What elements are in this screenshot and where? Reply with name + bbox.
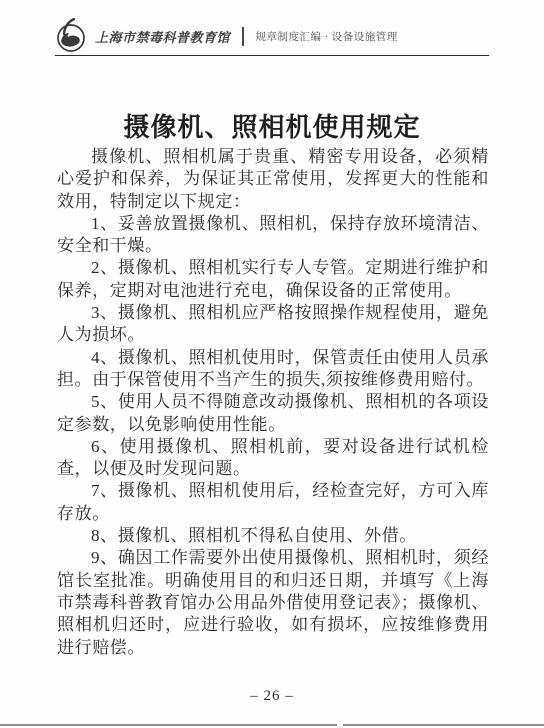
rule-item: 6、使用摄像机、照相机前，要对设备进行试机检查，以便及时发现问题。 xyxy=(57,436,489,481)
intro-paragraph: 摄像机、照相机属于贵重、精密专用设备，必须精心爱护和保养，为保证其正常使用，发挥… xyxy=(57,146,489,213)
rule-item: 8、摄像机、照相机不得私自使用、外借。 xyxy=(57,525,489,547)
document-page: 上海市禁毒科普教育馆 规章制度汇编 · 设备设施管理 摄像机、照相机使用规定 摄… xyxy=(0,0,544,728)
page-header: 上海市禁毒科普教育馆 规章制度汇编 · 设备设施管理 xyxy=(55,18,489,54)
page-title: 摄像机、照相机使用规定 xyxy=(0,107,544,144)
rule-item: 5、使用人员不得随意改动摄像机、照相机的各项设定参数，以免影响使用性能。 xyxy=(57,391,489,436)
museum-logo-icon xyxy=(55,18,87,54)
section-name: 规章制度汇编 · 设备设施管理 xyxy=(256,29,398,44)
site-name: 上海市禁毒科普教育馆 xyxy=(95,27,230,46)
rule-item: 7、摄像机、照相机使用后，经检查完好，方可入库存放。 xyxy=(57,480,489,525)
rule-item: 1、妥善放置摄像机、照相机，保持存放环境清洁、安全和干燥。 xyxy=(57,213,489,258)
rule-item: 4、摄像机、照相机使用时，保管责任由使用人员承担。由于保管使用不当产生的损失,须… xyxy=(57,347,489,392)
page-number: – 26 – xyxy=(0,688,544,705)
scan-edge-line xyxy=(0,724,544,726)
header-rule-line xyxy=(55,55,489,56)
header-divider xyxy=(242,27,244,46)
rule-item: 9、确因工作需要外出使用摄像机、照相机时，须经馆长室批准。明确使用目的和归还日期… xyxy=(57,547,489,658)
document-body: 摄像机、照相机属于贵重、精密专用设备，必须精心爱护和保养，为保证其正常使用，发挥… xyxy=(57,146,489,659)
rule-item: 2、摄像机、照相机实行专人专管。定期进行维护和保养，定期对电池进行充电，确保设备… xyxy=(57,257,489,302)
rule-item: 3、摄像机、照相机应严格按照操作规程使用，避免人为损坏。 xyxy=(57,302,489,347)
